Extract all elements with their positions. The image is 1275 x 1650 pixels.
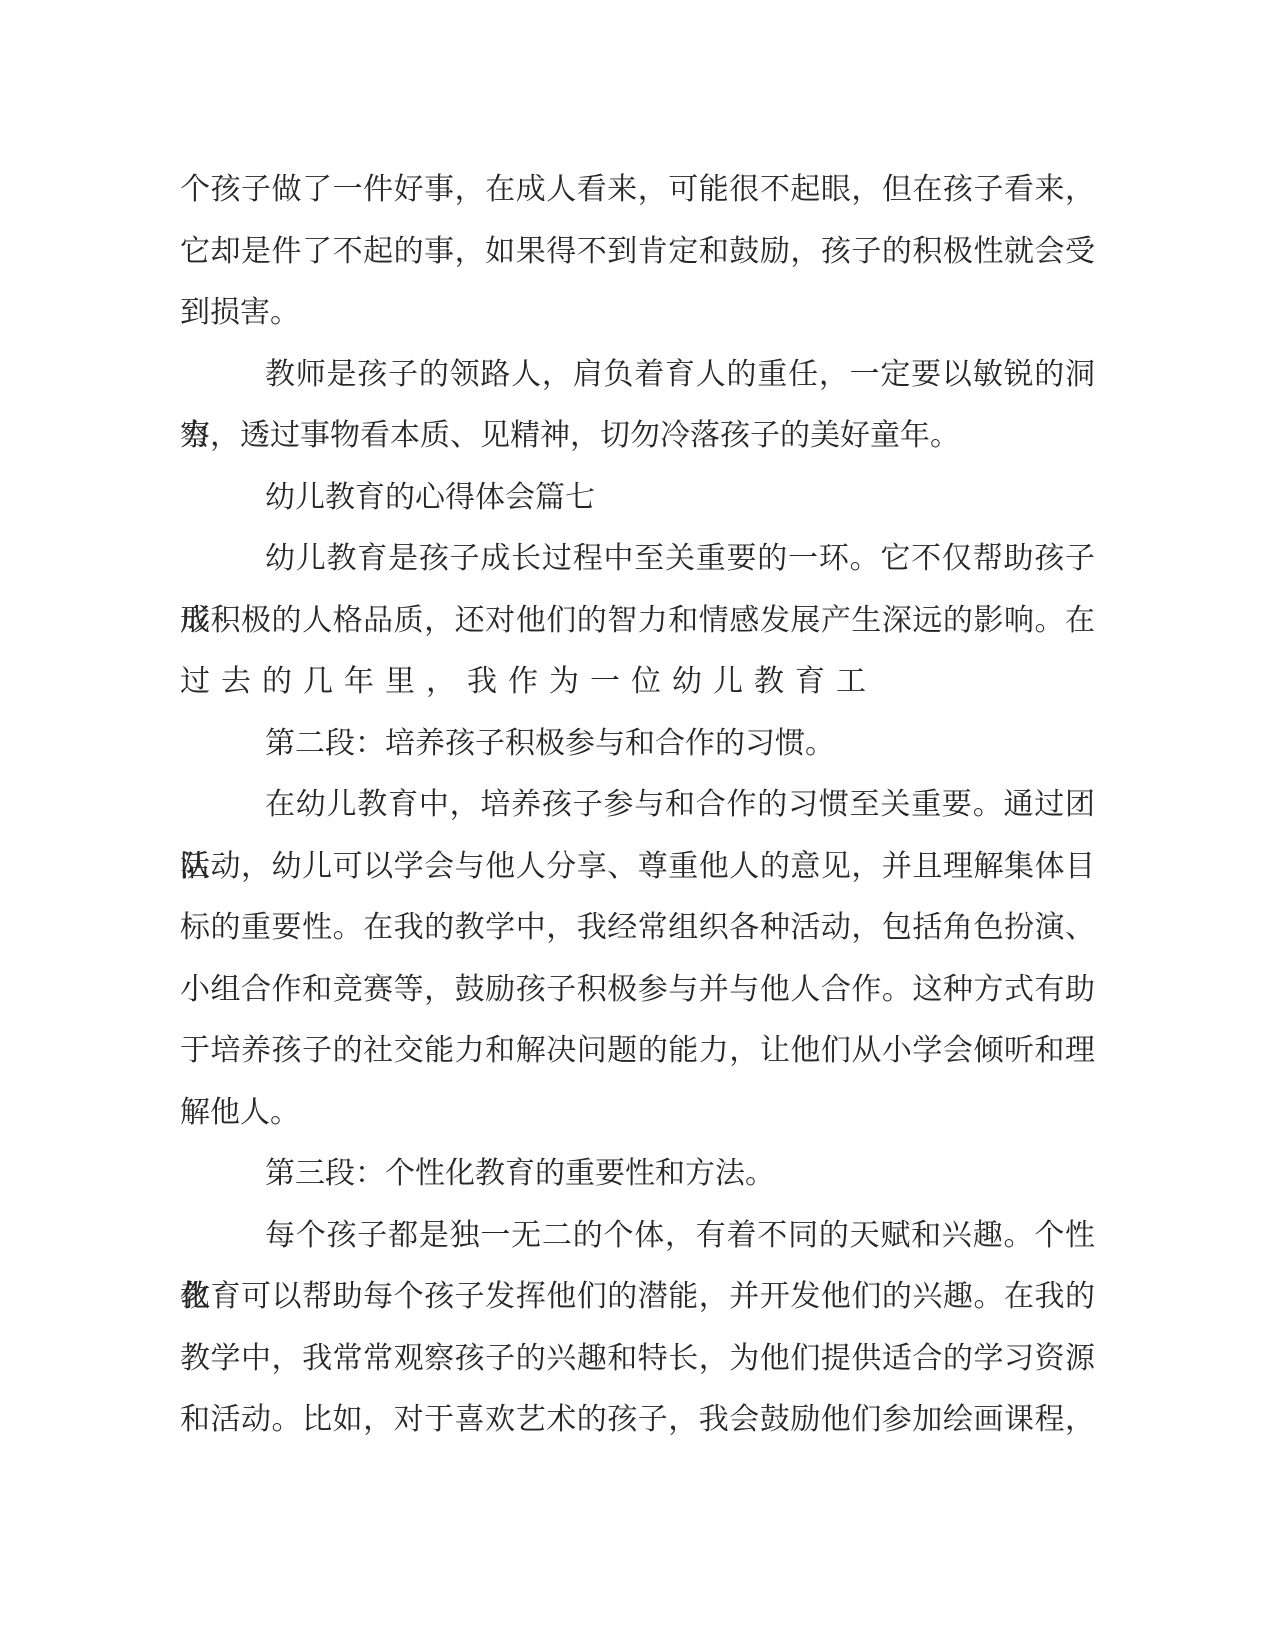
text-line: 成积极的人格品质，还对他们的智力和情感发展产生深远的影响。在 [180,590,1095,652]
text-line: 力，透过事物看本质、见精神，切勿冷落孩子的美好童年。 [180,405,1095,467]
text-line: 个孩子做了一件好事，在成人看来，可能很不起眼，但在孩子看来， [180,159,1095,221]
text-line: 小组合作和竞赛等，鼓励孩子积极参与并与他人合作。这种方式有助 [180,959,1095,1021]
text-line: 它却是件了不起的事，如果得不到肯定和鼓励，孩子的积极性就会受 [180,221,1095,283]
text-line: 和活动。比如，对于喜欢艺术的孩子，我会鼓励他们参加绘画课程， [180,1389,1095,1451]
text-line: 每个孩子都是独一无二的个体，有着不同的天赋和兴趣。个性化 [180,1205,1095,1267]
text-line: 教师是孩子的领路人，肩负着育人的重任，一定要以敏锐的洞察 [180,344,1095,406]
document-text-body: 个孩子做了一件好事，在成人看来，可能很不起眼，但在孩子看来， 它却是件了不起的事… [180,159,1095,1451]
paragraph-heading-line: 第二段：培养孩子积极参与和合作的习惯。 [180,713,1095,775]
text-line: 教学中，我常常观察孩子的兴趣和特长，为他们提供适合的学习资源 [180,1328,1095,1390]
text-line: 到损害。 [180,282,1095,344]
text-line: 幼儿教育是孩子成长过程中至关重要的一环。它不仅帮助孩子形 [180,528,1095,590]
text-line: 教育可以帮助每个孩子发挥他们的潜能，并开发他们的兴趣。在我的 [180,1266,1095,1328]
text-line: 标的重要性。在我的教学中，我经常组织各种活动，包括角色扮演、 [180,897,1095,959]
section-heading-line: 幼儿教育的心得体会篇七 [180,467,1095,529]
text-line: 过去的几年里，我作为一位幼儿教育工 [180,651,1095,713]
text-line: 活动，幼儿可以学会与他人分享、尊重他人的意见，并且理解集体目 [180,836,1095,898]
document-page: 个孩子做了一件好事，在成人看来，可能很不起眼，但在孩子看来， 它却是件了不起的事… [0,0,1275,1650]
paragraph-heading-line: 第三段：个性化教育的重要性和方法。 [180,1143,1095,1205]
text-line: 解他人。 [180,1082,1095,1144]
text-line: 在幼儿教育中，培养孩子参与和合作的习惯至关重要。通过团队 [180,774,1095,836]
text-line: 于培养孩子的社交能力和解决问题的能力，让他们从小学会倾听和理 [180,1020,1095,1082]
